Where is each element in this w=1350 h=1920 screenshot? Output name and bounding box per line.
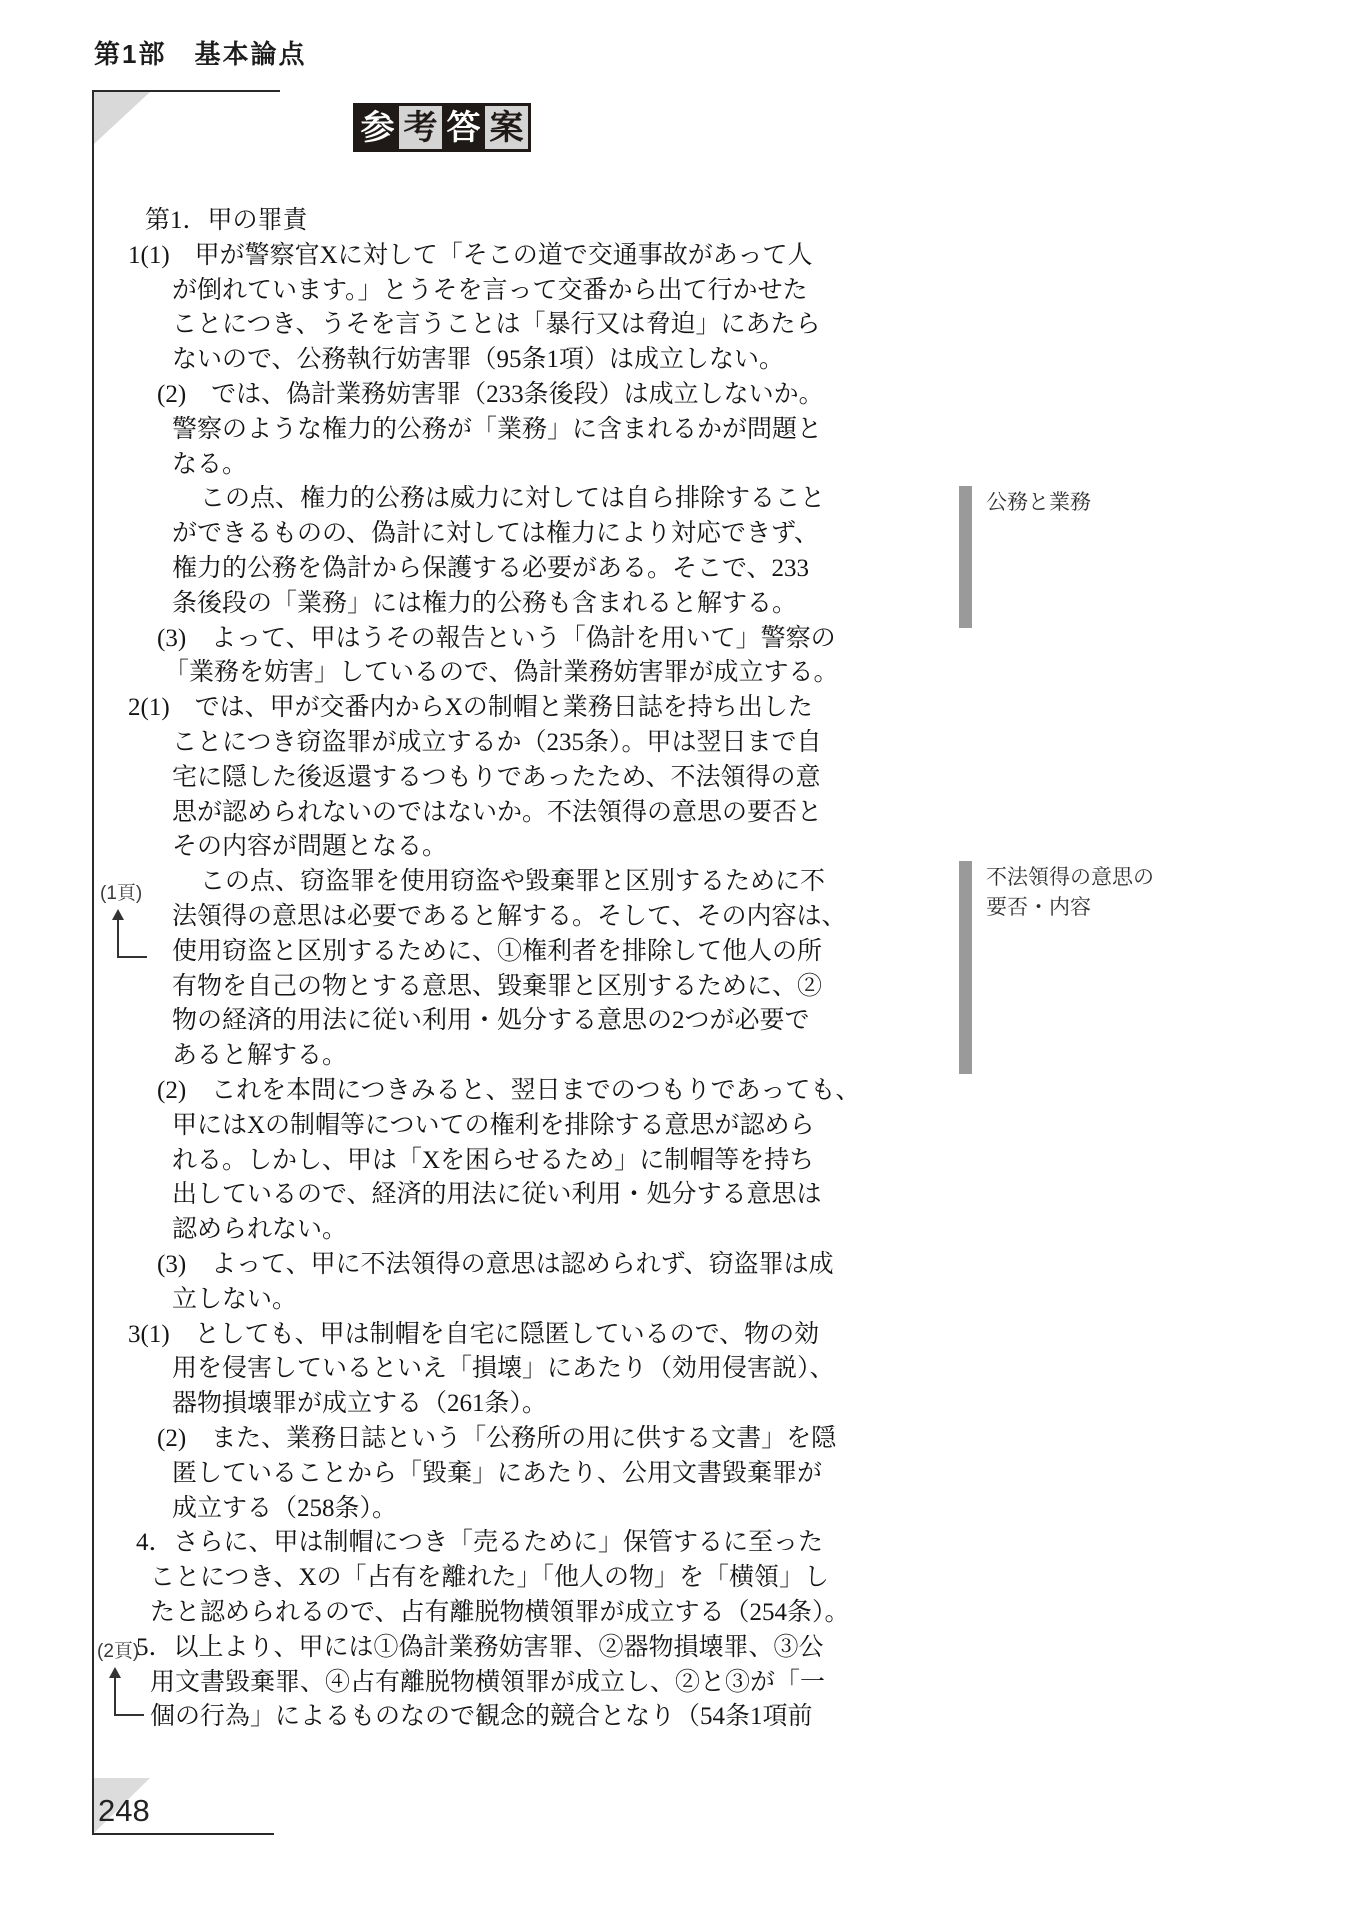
text-line: 思が認められないのではないか。不法領得の意思の要否と (172, 796, 822, 829)
bottom-rule (92, 1833, 274, 1835)
text-line: が倒れています。」とうそを言って交番から出て行かせた (172, 274, 808, 307)
text-line: 使用窃盗と区別するために、①権利者を排除して他人の所 (172, 935, 822, 968)
text-line: (2) また、業務日誌という「公務所の用に供する文書」を隠 (157, 1422, 836, 1455)
side-note-bar (959, 486, 972, 628)
text-line: (2) では、偽計業務妨害罪（233条後段）は成立しないか。 (157, 378, 824, 411)
text-line: 法領得の意思は必要であると解する。そして、その内容は、 (172, 900, 847, 933)
text-line: 4．さらに、甲は制帽につき「売るために」保管するに至った (136, 1526, 823, 1559)
text-line: 「業務を妨害」しているので、偽計業務妨害罪が成立する。 (164, 656, 839, 689)
text-line: 1(1) 甲が警察官Xに対して「そこの道で交通事故があって人 (128, 239, 812, 272)
text-line: あると解する。 (172, 1039, 347, 1072)
text-line: 3(1) としても、甲は制帽を自宅に隠匿しているので、物の効 (128, 1318, 819, 1351)
page-marker-up-arrow-icon (117, 912, 147, 958)
text-line: 宅に隠した後返還するつもりであったため、不法領得の意 (172, 761, 821, 794)
text-line: 甲にはXの制帽等についての権利を排除する意思が認めら (172, 1109, 815, 1142)
text-line: たと認められるので、占有離脱物横領罪が成立する（254条）。 (150, 1596, 850, 1629)
text-line: この点、権力的公務は威力に対しては自ら排除すること (200, 482, 825, 515)
text-line: れる。しかし、甲は「Xを困らせるため」に制帽等を持ち (172, 1144, 814, 1177)
text-line: ことにつき、Xの「占有を離れた」「他人の物」を「横領」し (150, 1561, 829, 1594)
text-line: 5．以上より、甲には①偽計業務妨害罪、②器物損壊罪、③公 (136, 1631, 824, 1664)
text-line: 立しない。 (172, 1283, 297, 1316)
text-line: 器物損壊罪が成立する（261条）。 (172, 1387, 547, 1420)
page-marker-label: (1頁) (100, 878, 142, 905)
text-line: 第1．甲の罪責 (145, 204, 308, 237)
text-line: 用文書毀棄罪、④占有離脱物横領罪が成立し、②と③が「一 (150, 1666, 825, 1699)
text-line: 匿していることから「毀棄」にあたり、公用文書毀棄罪が (172, 1457, 822, 1490)
text-line: ないので、公務執行妨害罪（95条1項）は成立しない。 (172, 343, 784, 376)
text-line: 2(1) では、甲が交番内からXの制帽と業務日誌を持ち出した (128, 691, 813, 724)
side-note-label: 不法領得の意思の (986, 863, 1154, 893)
text-line: 成立する（258条）。 (172, 1492, 397, 1525)
side-note-label: 公務と業務 (986, 488, 1091, 518)
book-page: 第1部 基本論点 参考答案 第1．甲の罪責1(1) 甲が警察官Xに対して「そこの… (0, 0, 1350, 1920)
text-line: 認められない。 (172, 1213, 347, 1246)
text-line: その内容が問題となる。 (172, 830, 447, 863)
text-line: 物の経済的用法に従い利用・処分する意思の2つが必要で (172, 1004, 810, 1037)
main-text: 第1．甲の罪責1(1) 甲が警察官Xに対して「そこの道で交通事故があって人が倒れ… (0, 0, 1350, 1920)
text-line: 個の行為」によるものなので観念的競合となり（54条1項前 (150, 1700, 813, 1733)
text-line: 用を侵害しているといえ「損壊」にあたり（効用侵害説）、 (172, 1352, 835, 1385)
text-line: 出しているので、経済的用法に従い利用・処分する意思は (172, 1178, 822, 1211)
side-note-label: 要否・内容 (986, 893, 1091, 923)
page-number: 248 (98, 1793, 150, 1829)
text-line: 有物を自己の物とする意思、毀棄罪と区別するために、② (172, 970, 822, 1003)
page-marker-label: (2頁) (97, 1636, 139, 1663)
text-line: 権力的公務を偽計から保護する必要がある。そこで、233 (172, 552, 809, 585)
text-line: この点、窃盗罪を使用窃盗や毀棄罪と区別するために不 (200, 865, 825, 898)
text-line: ことにつき窃盗罪が成立するか（235条）。甲は翌日まで自 (172, 726, 822, 759)
text-line: (2) これを本問につきみると、翌日までのつもりであっても、 (157, 1074, 860, 1107)
text-line: (3) よって、甲に不法領得の意思は認められず、窃盗罪は成 (157, 1248, 834, 1281)
text-line: ができるものの、偽計に対しては権力により対応できず、 (172, 517, 819, 550)
text-line: ことにつき、うそを言うことは「暴行又は脅迫」にあたら (172, 308, 821, 341)
side-note-bar (959, 861, 972, 1074)
text-line: 条後段の「業務」には権力的公務も含まれると解する。 (172, 587, 797, 620)
text-line: 警察のような権力的公務が「業務」に含まれるかが問題と (172, 413, 822, 446)
page-marker-up-arrow-icon (114, 1670, 144, 1716)
text-line: なる。 (172, 448, 247, 481)
text-line: (3) よって、甲はうその報告という「偽計を用いて」警察の (157, 622, 836, 655)
